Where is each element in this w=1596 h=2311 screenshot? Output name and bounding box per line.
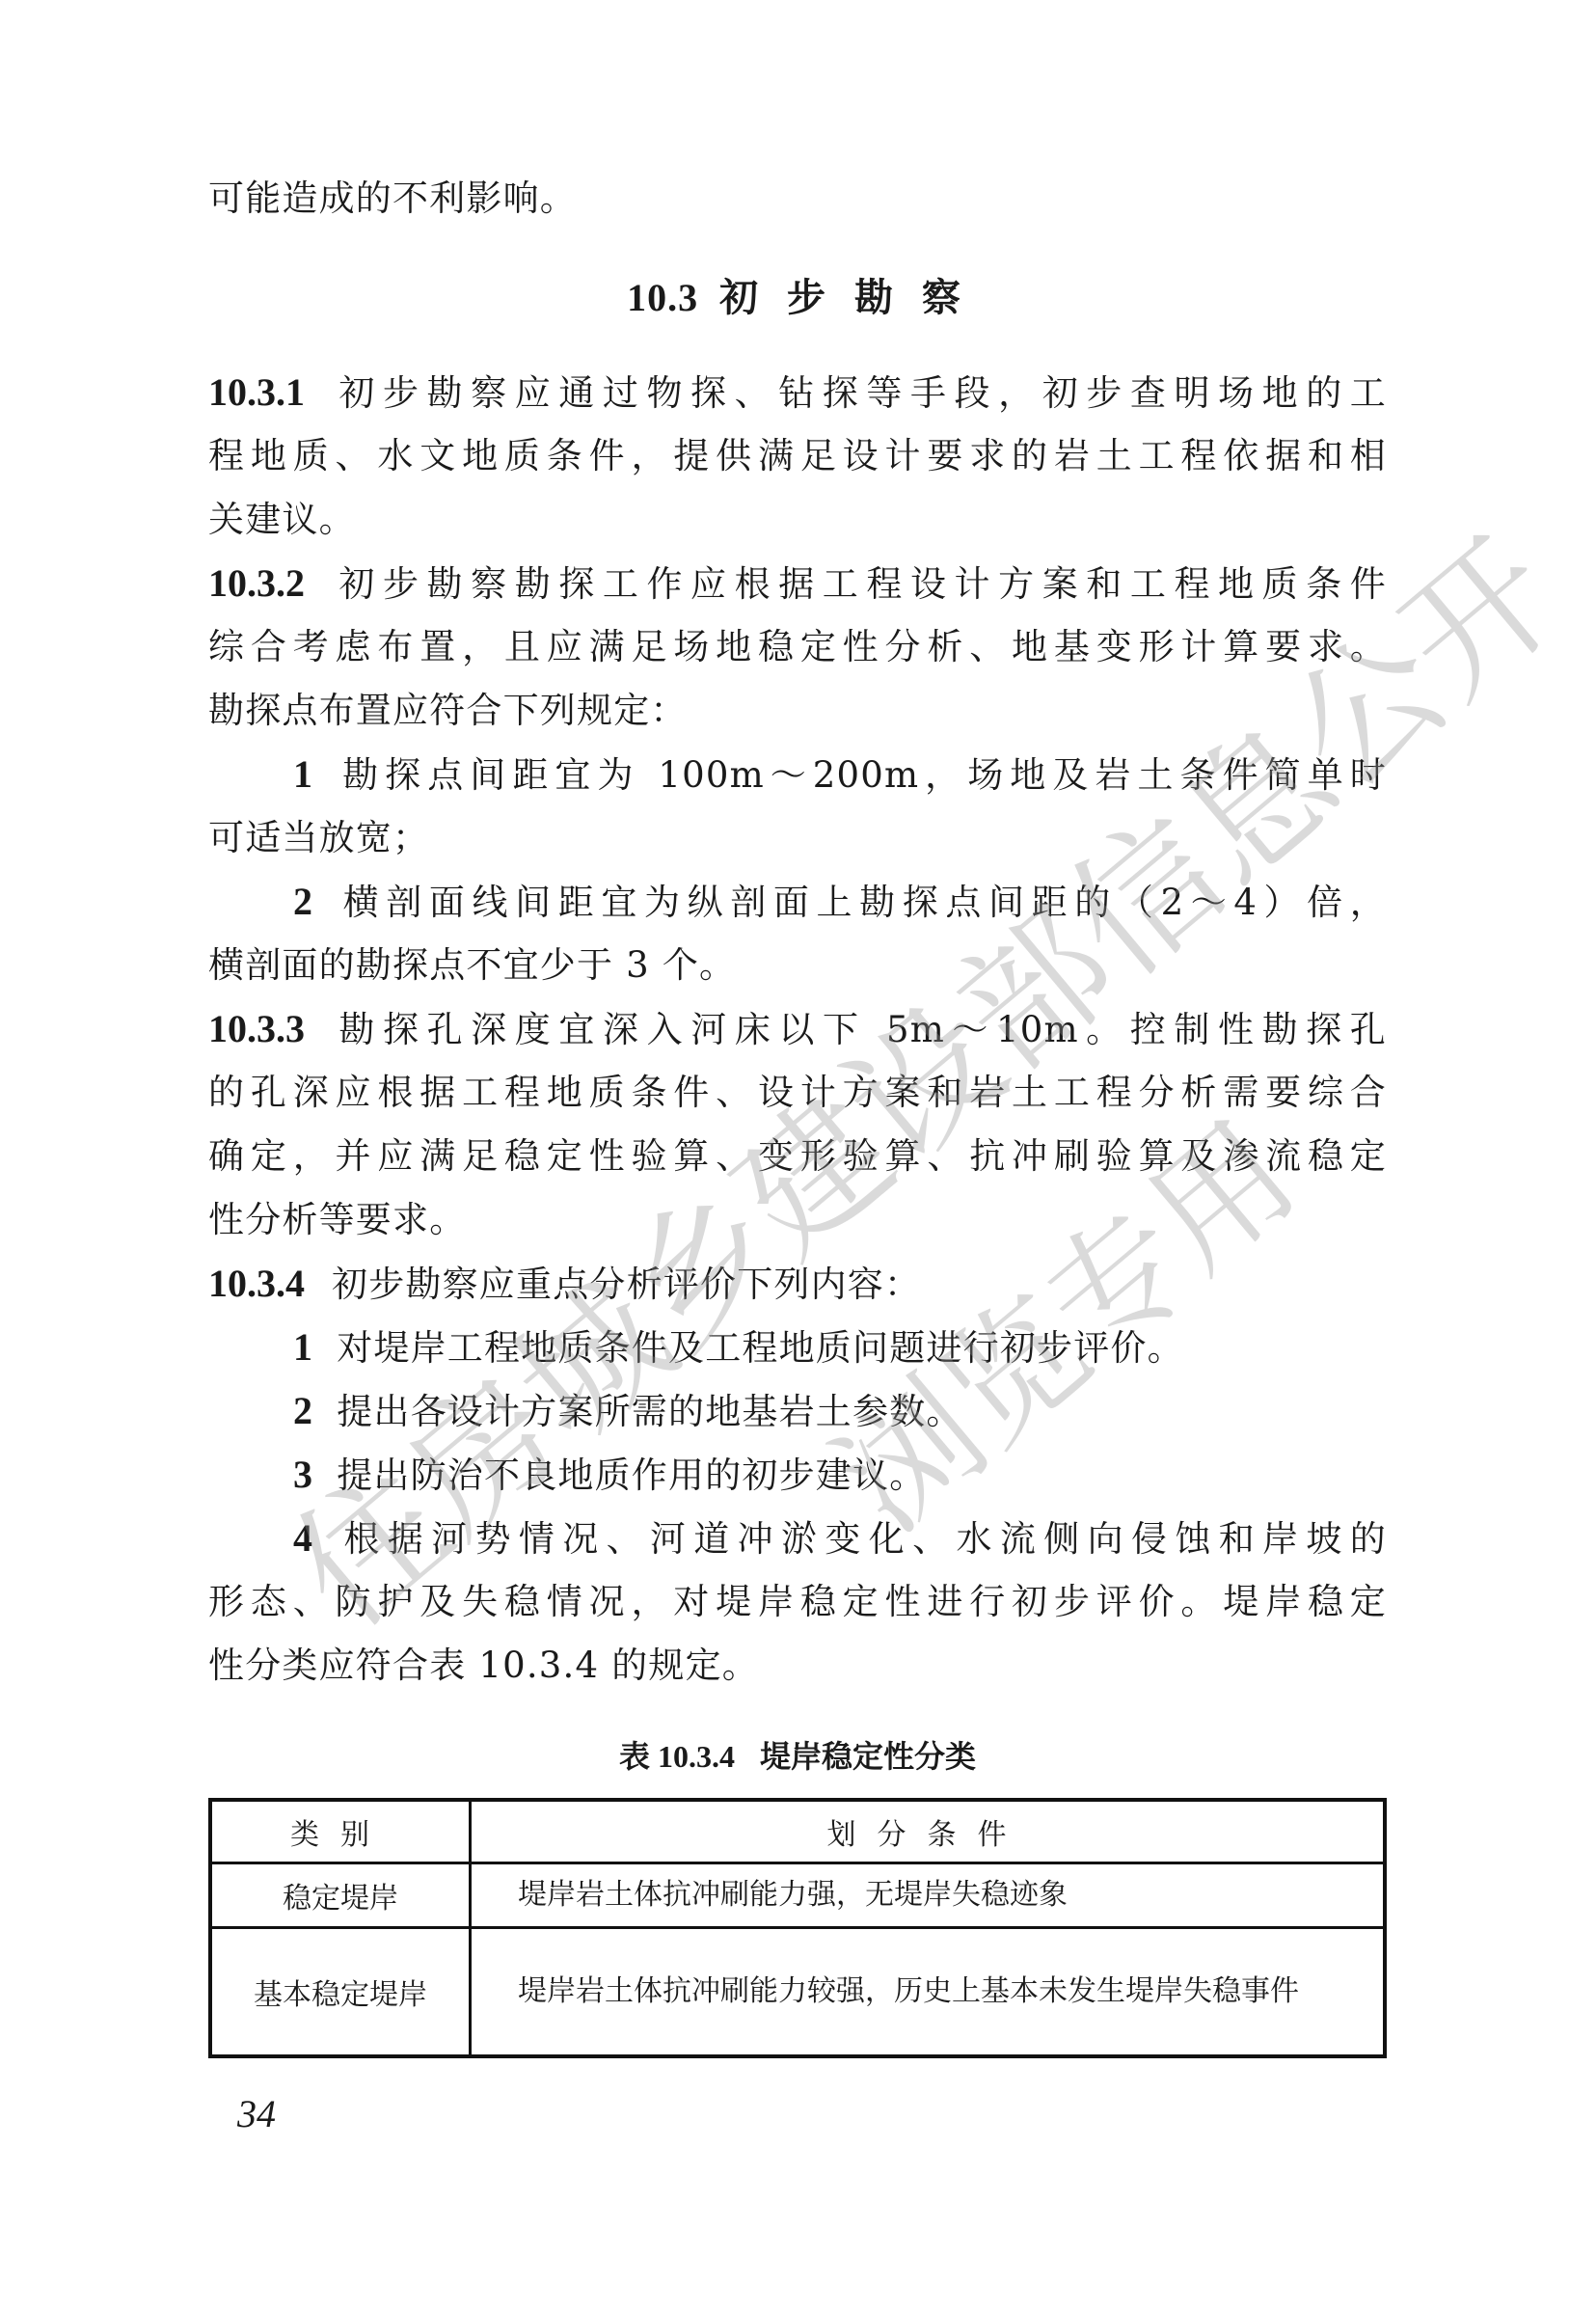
clause-text: 初步勘察应重点分析评价下列内容： [332, 1264, 921, 1305]
clause-10-3-2: 10.3.2初步勘察勘探工作应根据工程设计方案和工程地质条件 [208, 552, 1387, 615]
table-caption: 表 10.3.4堤岸稳定性分类 [208, 1732, 1387, 1781]
item-number: 3 [293, 1453, 313, 1496]
table-number: 表 10.3.4 [619, 1739, 735, 1774]
list-item: 1勘探点间距宜为 100m～200m，场地及岩土条件简单时 [208, 743, 1387, 806]
list-item: 2横剖面线间距宜为纵剖面上勘探点间距的（2～4）倍， [208, 870, 1387, 934]
clause-text: 初步勘察应通过物探、钻探等手段，初步查明场地的工 [332, 372, 1387, 414]
stability-classification-table: 类别 划分条件 稳定堤岸 堤岸岩土体抗冲刷能力强，无堤岸失稳迹象 基本稳定堤岸 … [208, 1798, 1387, 2058]
clause-number: 10.3.1 [208, 370, 305, 414]
clause-number: 10.3.2 [208, 561, 305, 605]
list-item: 3提出防治不良地质作用的初步建议。 [208, 1443, 926, 1507]
clause-10-3-1: 10.3.1初步勘察应通过物探、钻探等手段，初步查明场地的工 [208, 361, 1387, 424]
clause-text: 的孔深应根据工程地质条件、设计方案和岩土工程分析需要综合 [208, 1061, 1387, 1125]
item-number: 2 [293, 880, 313, 923]
clause-10-3-4: 10.3.4初步勘察应重点分析评价下列内容： [208, 1252, 921, 1316]
item-text: 可适当放宽； [208, 806, 429, 870]
clause-text: 确定，并应满足稳定性验算、变形验算、抗冲刷验算及渗流稳定 [208, 1125, 1387, 1188]
item-text: 提出防治不良地质作用的初步建议。 [337, 1455, 926, 1496]
list-item: 4根据河势情况、河道冲淤变化、水流侧向侵蚀和岸坡的 [208, 1507, 1387, 1570]
item-number: 2 [293, 1389, 313, 1432]
section-heading: 10.3初 步 勘 察 [208, 266, 1387, 330]
item-text: 根据河势情况、河道冲淤变化、水流侧向侵蚀和岸坡的 [337, 1518, 1387, 1560]
list-item: 1对堤岸工程地质条件及工程地质问题进行初步评价。 [208, 1316, 1184, 1379]
item-text: 横剖面的勘探点不宜少于 3 个。 [208, 934, 736, 997]
cell-condition: 堤岸岩土体抗冲刷能力较强，历史上基本未发生堤岸失稳事件 [471, 1928, 1386, 2057]
table-title: 堤岸稳定性分类 [760, 1738, 976, 1775]
table-row: 基本稳定堤岸 堤岸岩土体抗冲刷能力较强，历史上基本未发生堤岸失稳事件 [210, 1928, 1385, 2057]
item-number: 4 [293, 1516, 313, 1560]
cell-condition: 堤岸岩土体抗冲刷能力强，无堤岸失稳迹象 [471, 1863, 1386, 1928]
clause-text: 勘探孔深度宜深入河床以下 5m～10m。控制性勘探孔 [332, 1009, 1387, 1050]
clause-text: 综合考虑布置，且应满足场地稳定性分析、地基变形计算要求。 [208, 615, 1387, 679]
clause-text: 性分析等要求。 [208, 1188, 466, 1252]
continuation-text: 可能造成的不利影响。 [208, 167, 577, 231]
cell-category: 基本稳定堤岸 [210, 1928, 471, 2057]
clause-number: 10.3.3 [208, 1007, 305, 1050]
section-number: 10.3 [627, 276, 698, 319]
section-title: 初 步 勘 察 [719, 275, 968, 320]
clause-text: 关建议。 [208, 488, 356, 552]
cell-category: 稳定堤岸 [210, 1863, 471, 1928]
item-number: 1 [293, 752, 313, 796]
clause-text: 程地质、水文地质条件，提供满足设计要求的岩土工程依据和相 [208, 424, 1387, 488]
page-number: 34 [237, 2091, 276, 2136]
table-header-row: 类别 划分条件 [210, 1800, 1385, 1863]
item-number: 1 [293, 1325, 313, 1369]
item-text: 勘探点间距宜为 100m～200m，场地及岩土条件简单时 [337, 754, 1387, 796]
header-condition: 划分条件 [471, 1800, 1386, 1863]
list-item: 2提出各设计方案所需的地基岩土参数。 [208, 1379, 963, 1443]
clause-number: 10.3.4 [208, 1262, 305, 1305]
clause-text: 初步勘察勘探工作应根据工程设计方案和工程地质条件 [332, 563, 1387, 605]
item-text: 横剖面线间距宜为纵剖面上勘探点间距的（2～4）倍， [337, 882, 1387, 923]
item-text: 对堤岸工程地质条件及工程地质问题进行初步评价。 [337, 1327, 1184, 1369]
header-category: 类别 [210, 1800, 471, 1863]
clause-text: 勘探点布置应符合下列规定： [208, 679, 688, 743]
item-text: 形态、防护及失稳情况，对堤岸稳定性进行初步评价。堤岸稳定 [208, 1570, 1387, 1634]
clause-10-3-3: 10.3.3勘探孔深度宜深入河床以下 5m～10m。控制性勘探孔 [208, 997, 1387, 1061]
table-row: 稳定堤岸 堤岸岩土体抗冲刷能力强，无堤岸失稳迹象 [210, 1863, 1385, 1928]
item-text: 提出各设计方案所需的地基岩土参数。 [337, 1391, 962, 1432]
item-text: 性分类应符合表 10.3.4 的规定。 [208, 1634, 759, 1698]
